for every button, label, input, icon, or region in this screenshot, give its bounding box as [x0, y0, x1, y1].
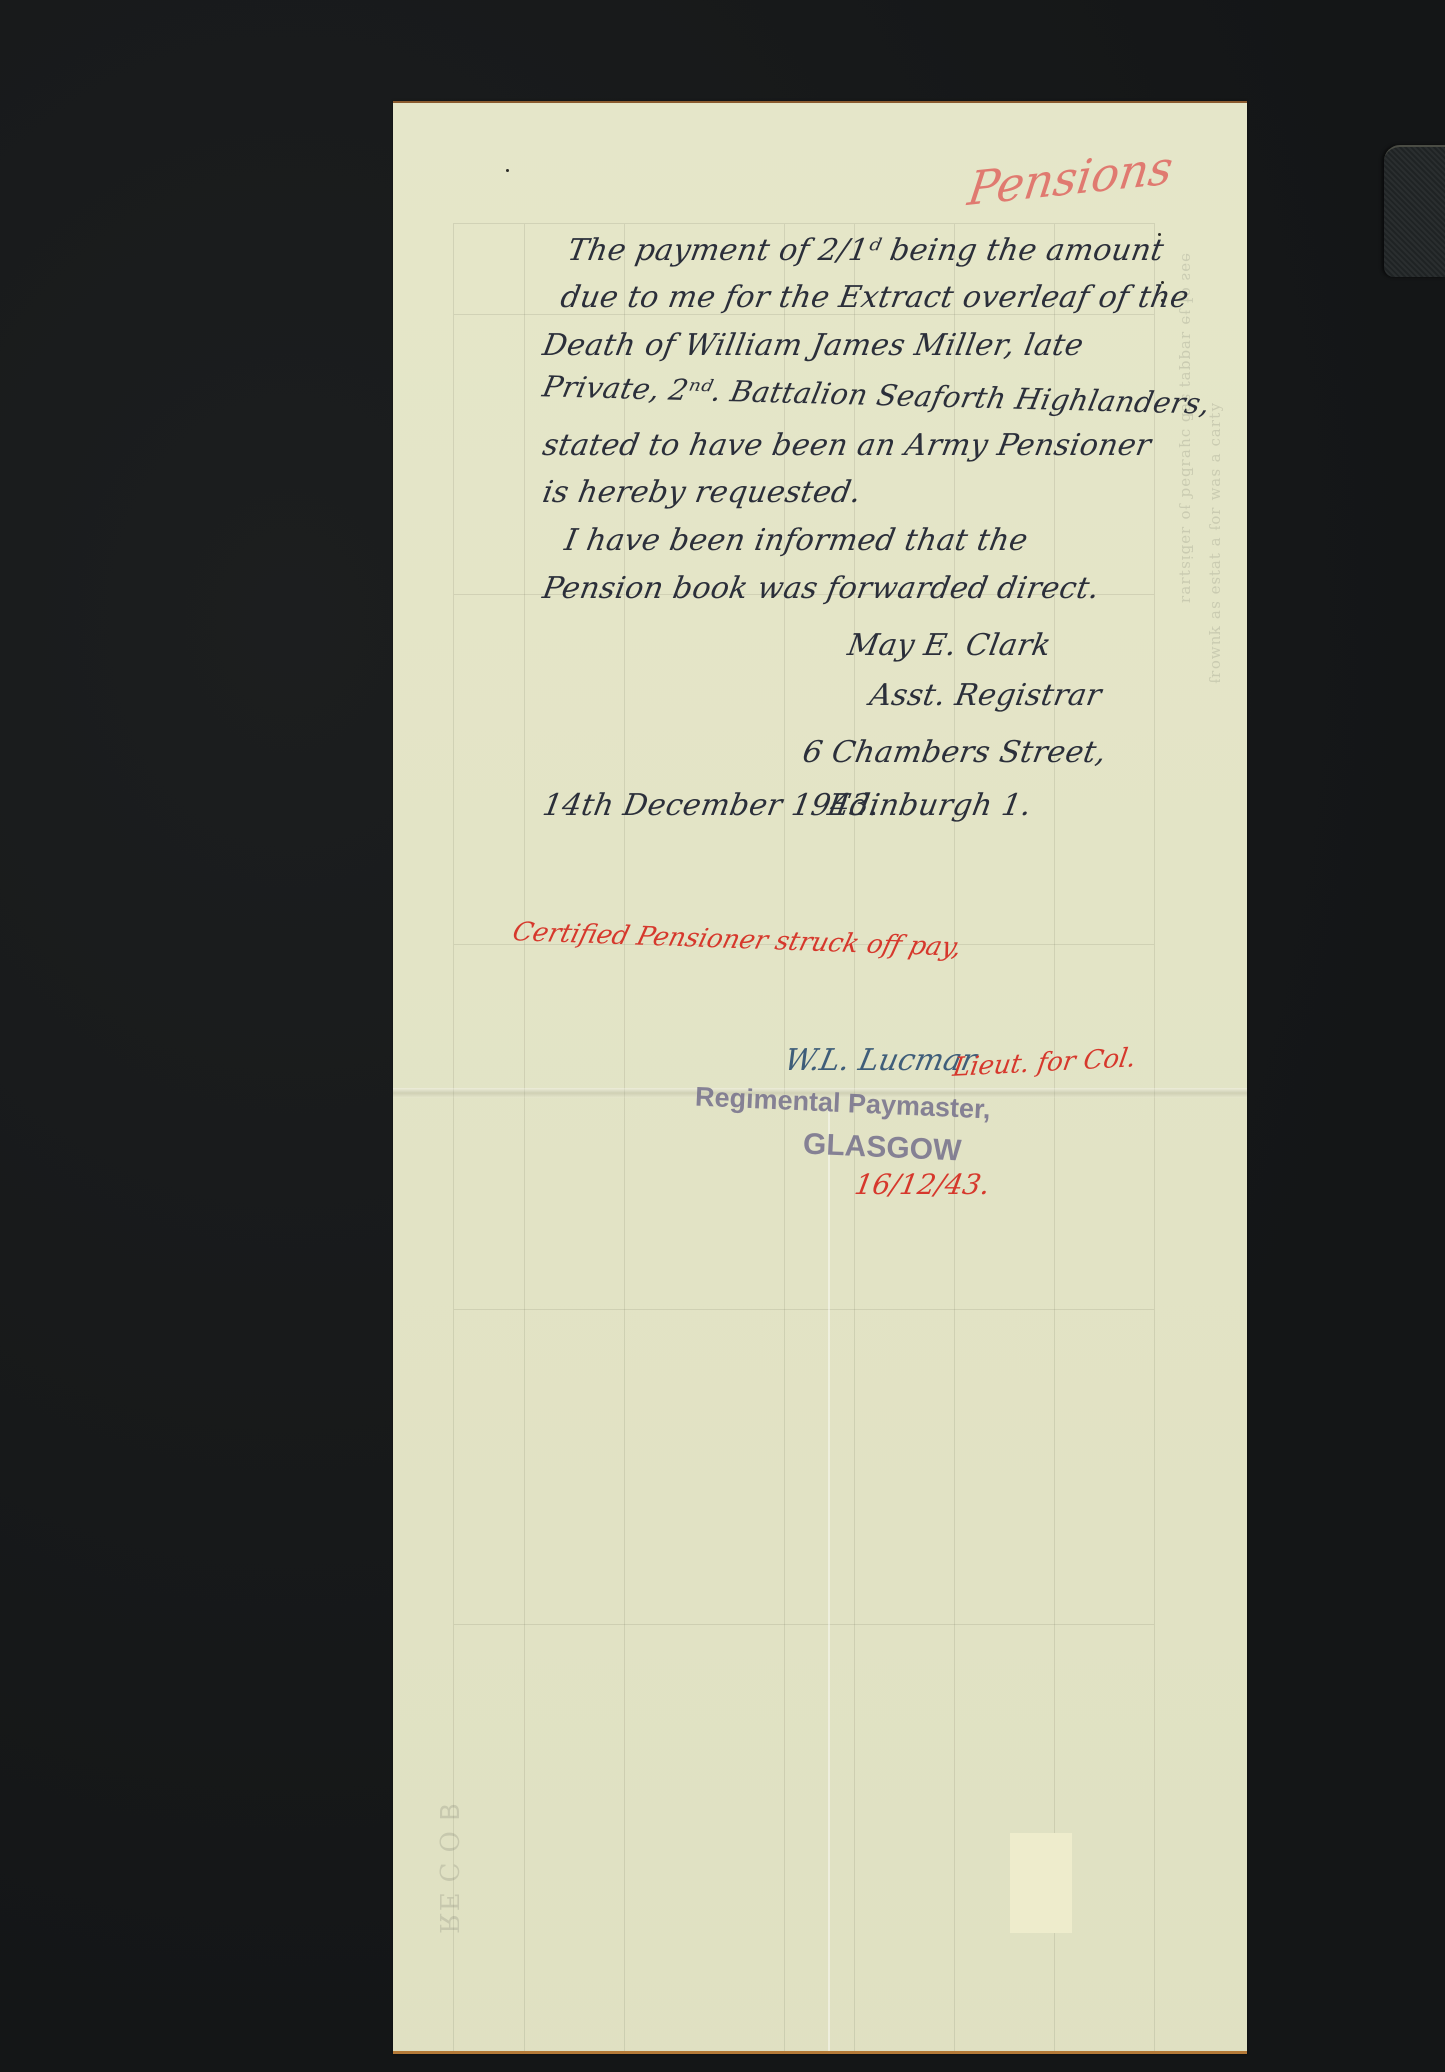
- certification-date: 16/12/43.: [852, 1168, 992, 1201]
- letter-line-1: The payment of 2/1ᵈ being the amount: [565, 233, 1167, 268]
- officer-signature: W.L. Lucmar: [781, 1043, 979, 1078]
- address-line-2: Edinburgh 1.: [825, 788, 1034, 823]
- letter-line-3: Death of William James Miller, late: [540, 328, 1086, 363]
- letter-line-6: is hereby requested.: [540, 475, 864, 510]
- letter-line-2: due to me for the Extract overleaf of th…: [558, 280, 1192, 315]
- ink-dot: [506, 169, 509, 172]
- document-page: ɘǝƨ oɈ ɟɘ ɹɐqqɐʇ sɐƃ ɔɥɐɹƃǝɗ ɟo ɹǝƃisʇɹɐ…: [393, 101, 1247, 2054]
- paper-fold-vertical: [828, 1103, 830, 2054]
- margin-note-pensions: Pensions: [965, 140, 1177, 217]
- reverse-side-text-ghost: ʎʇɹɐɔ ɐ sɐʍ ɹoɟ ɐ ʇɐʇsǝ sɐ ʞuʍoɹɟ: [1208, 403, 1226, 684]
- letter-line-7: I have been informed that the: [562, 523, 1031, 558]
- removed-stamp-patch: [1010, 1833, 1072, 1933]
- address-line-1: 6 Chambers Street,: [800, 735, 1109, 770]
- paymaster-stamp-line-2: GLASGOW: [802, 1128, 962, 1169]
- signatory-title: Asst. Registrar: [867, 678, 1104, 713]
- binding-tape: [1384, 145, 1445, 277]
- letter-line-5: stated to have been an Army Pensioner: [540, 428, 1154, 463]
- reverse-side-text-ghost: ꓭ O Ɔ ƎЯ: [433, 1803, 463, 1935]
- signatory-name: May E. Clark: [845, 628, 1054, 663]
- letter-line-8: Pension book was forwarded direct.: [540, 571, 1102, 606]
